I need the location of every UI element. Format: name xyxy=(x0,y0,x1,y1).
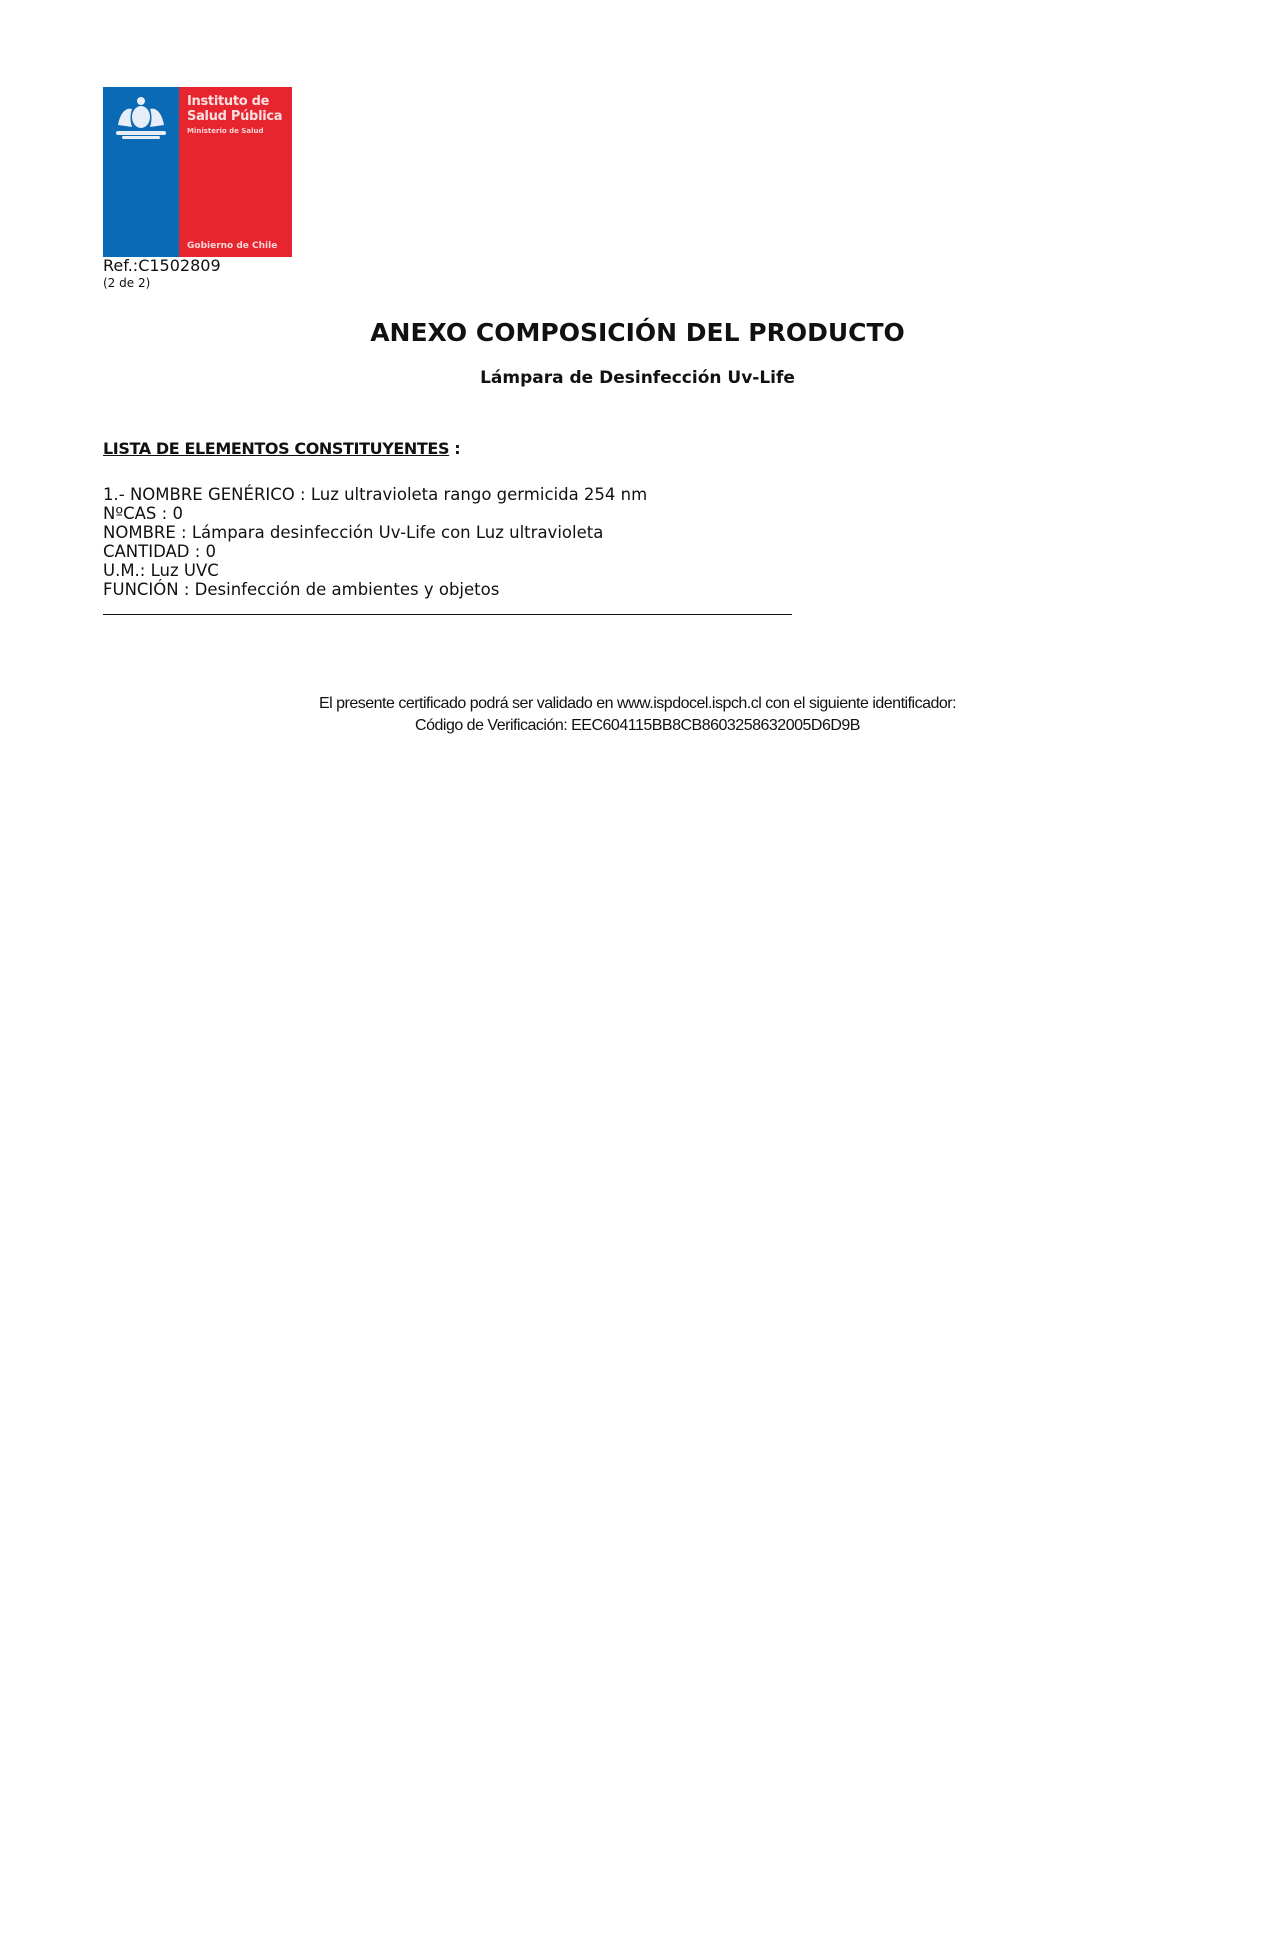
page-indicator: (2 de 2) xyxy=(103,276,150,290)
section-heading-colon: : xyxy=(454,439,460,458)
logo-line-1: Instituto de xyxy=(187,94,282,109)
validation-footer: El presente certificado podrá ser valida… xyxy=(0,693,1275,737)
constituent-list: 1.- NOMBRE GENÉRICO : Luz ultravioleta r… xyxy=(103,485,647,599)
verification-code: Código de Verificación: EEC604115BB8CB86… xyxy=(0,715,1275,737)
product-name: Lámpara de Desinfección Uv-Life xyxy=(0,368,1275,388)
isp-logo: Instituto de Salud Pública Ministerio de… xyxy=(103,87,292,257)
validation-text: El presente certificado podrá ser valida… xyxy=(0,693,1275,715)
section-heading-label: LISTA DE ELEMENTOS CONSTITUYENTES xyxy=(103,439,449,458)
section-heading: LISTA DE ELEMENTOS CONSTITUYENTES : xyxy=(103,439,460,458)
item-name: NOMBRE : Lámpara desinfección Uv-Life co… xyxy=(103,523,647,542)
chile-coat-of-arms-icon xyxy=(112,95,170,143)
logo-red-panel: Instituto de Salud Pública Ministerio de… xyxy=(179,87,292,257)
reference-number: Ref.:C1502809 xyxy=(103,256,221,275)
item-generic-name: 1.- NOMBRE GENÉRICO : Luz ultravioleta r… xyxy=(103,485,647,504)
document-title: ANEXO COMPOSICIÓN DEL PRODUCTO xyxy=(0,318,1275,347)
logo-line-2: Salud Pública xyxy=(187,109,282,124)
logo-institute-name: Instituto de Salud Pública xyxy=(187,94,282,124)
logo-blue-panel xyxy=(103,87,179,257)
logo-government: Gobierno de Chile xyxy=(187,241,277,251)
logo-ministry: Ministerio de Salud xyxy=(187,127,263,135)
item-unit: U.M.: Luz UVC xyxy=(103,561,647,580)
item-cas-number: NºCAS : 0 xyxy=(103,504,647,523)
divider-line xyxy=(103,614,792,615)
item-function: FUNCIÓN : Desinfección de ambientes y ob… xyxy=(103,580,647,599)
item-quantity: CANTIDAD : 0 xyxy=(103,542,647,561)
